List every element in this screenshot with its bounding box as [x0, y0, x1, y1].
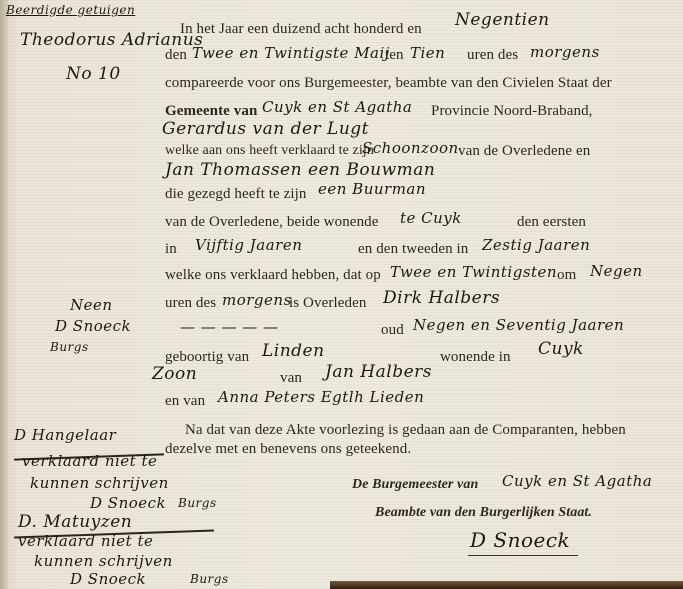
witness-1-note-b: kunnen schrijven [30, 474, 169, 492]
printed-text: Na dat van deze Akte voorlezing is gedaa… [185, 422, 626, 439]
handwritten-municipality: Cuyk en St Agatha [262, 98, 412, 116]
printed-text: welke aan ons heeft verklaard te zijn [165, 143, 374, 159]
handwritten-filler: — — — — — [180, 318, 279, 336]
handwritten-declarant-1: Gerardus van der Lugt [162, 119, 369, 139]
handwritten-father: Jan Halbers [325, 362, 432, 382]
printed-text: den [165, 47, 187, 64]
handwritten-death-date: Twee en Twintigsten [390, 263, 557, 281]
printed-text: uren des [165, 295, 216, 312]
witness-2-countersign: D Snoeck [70, 570, 146, 588]
printed-text: ten [385, 47, 404, 64]
handwritten-year: Negentien [455, 10, 550, 30]
printed-text: welke ons verklaard hebben, dat op [165, 267, 381, 284]
margin-header: Beerdigde getuigen [6, 3, 135, 17]
witness-2-note-a: verklaard niet te [18, 532, 153, 550]
printed-text: wonende in [440, 349, 511, 366]
mayor-place: Cuyk en St Agatha [502, 472, 652, 490]
witness-2-countersign-title: Burgs [190, 572, 229, 586]
handwritten-hour: Tien [410, 44, 445, 62]
margin-note-signature: D Snoeck [55, 317, 131, 335]
printed-text: dezelve met en benevens ons geteekend. [165, 441, 411, 458]
mayor-signature: D Snoeck [470, 528, 570, 552]
printed-text: uren des [467, 47, 518, 64]
printed-text: en den tweeden in [358, 241, 468, 258]
handwritten-age-2: Zestig Jaaren [482, 236, 590, 254]
handwritten-relation-2: een Buurman [318, 180, 426, 198]
handwritten-time-of-day: morgens [530, 43, 600, 61]
printed-text: en van [165, 393, 205, 410]
margin-note-neen: Neen [70, 296, 113, 314]
handwritten-relation: Schoonzoon [362, 139, 459, 157]
handwritten-son: Zoon [152, 364, 197, 384]
printed-text: om [557, 267, 576, 284]
record-number: No 10 [66, 64, 121, 84]
printed-text: is Overleden [289, 295, 366, 312]
page-bottom-edge [330, 581, 683, 589]
record-page: Beerdigde getuigen Theodorus Adrianus No… [0, 0, 683, 589]
handwritten-age-1: Vijftig Jaaren [195, 236, 302, 254]
printed-text: den eersten [517, 214, 586, 231]
printed-text: Gemeente van [165, 103, 257, 120]
handwritten-birthplace: Linden [262, 341, 325, 361]
handwritten-deceased-age: Negen en Seventig Jaaren [413, 316, 624, 334]
witness-2-signature: D. Matuyzen [18, 512, 132, 532]
official-label: Beambte van den Burgerlijken Staat. [375, 505, 592, 521]
page-binding-edge [0, 0, 8, 589]
printed-text: in [165, 241, 177, 258]
handwritten-deceased-name: Dirk Halbers [383, 288, 500, 308]
handwritten-mother: Anna Peters Egtlh Lieden [218, 388, 424, 406]
signature-underline [468, 555, 578, 556]
printed-text: van de Overledene, beide wonende [165, 214, 379, 231]
printed-text: compareerde voor ons Burgemeester, beamb… [165, 75, 612, 92]
witness-1-countersign: D Snoeck [90, 494, 166, 512]
handwritten-residence-deceased: Cuyk [538, 339, 584, 359]
mayor-label: De Burgemeester van [352, 477, 478, 493]
handwritten-date: Twee en Twintigste Maij [192, 44, 390, 62]
handwritten-residence: te Cuyk [400, 209, 462, 227]
witness-2-note-b: kunnen schrijven [34, 552, 173, 570]
witness-1-countersign-title: Burgs [178, 496, 217, 510]
printed-text: oud [381, 322, 404, 339]
margin-note-title: Burgs [50, 340, 89, 354]
witness-1-note-a: verklaard niet te [22, 452, 157, 470]
printed-text: van de Overledene en [458, 143, 590, 160]
handwritten-death-time-of-day: morgens [222, 291, 292, 309]
printed-text: van [280, 370, 302, 387]
printed-text: In het Jaar een duizend acht honderd en [180, 21, 422, 38]
printed-text: Provincie Noord-Braband, [431, 103, 593, 120]
handwritten-death-hour: Negen [590, 262, 643, 280]
witness-1-signature: D Hangelaar [14, 426, 116, 444]
handwritten-declarant-2: Jan Thomassen een Bouwman [165, 160, 435, 180]
printed-text: die gezegd heeft te zijn [165, 186, 307, 203]
